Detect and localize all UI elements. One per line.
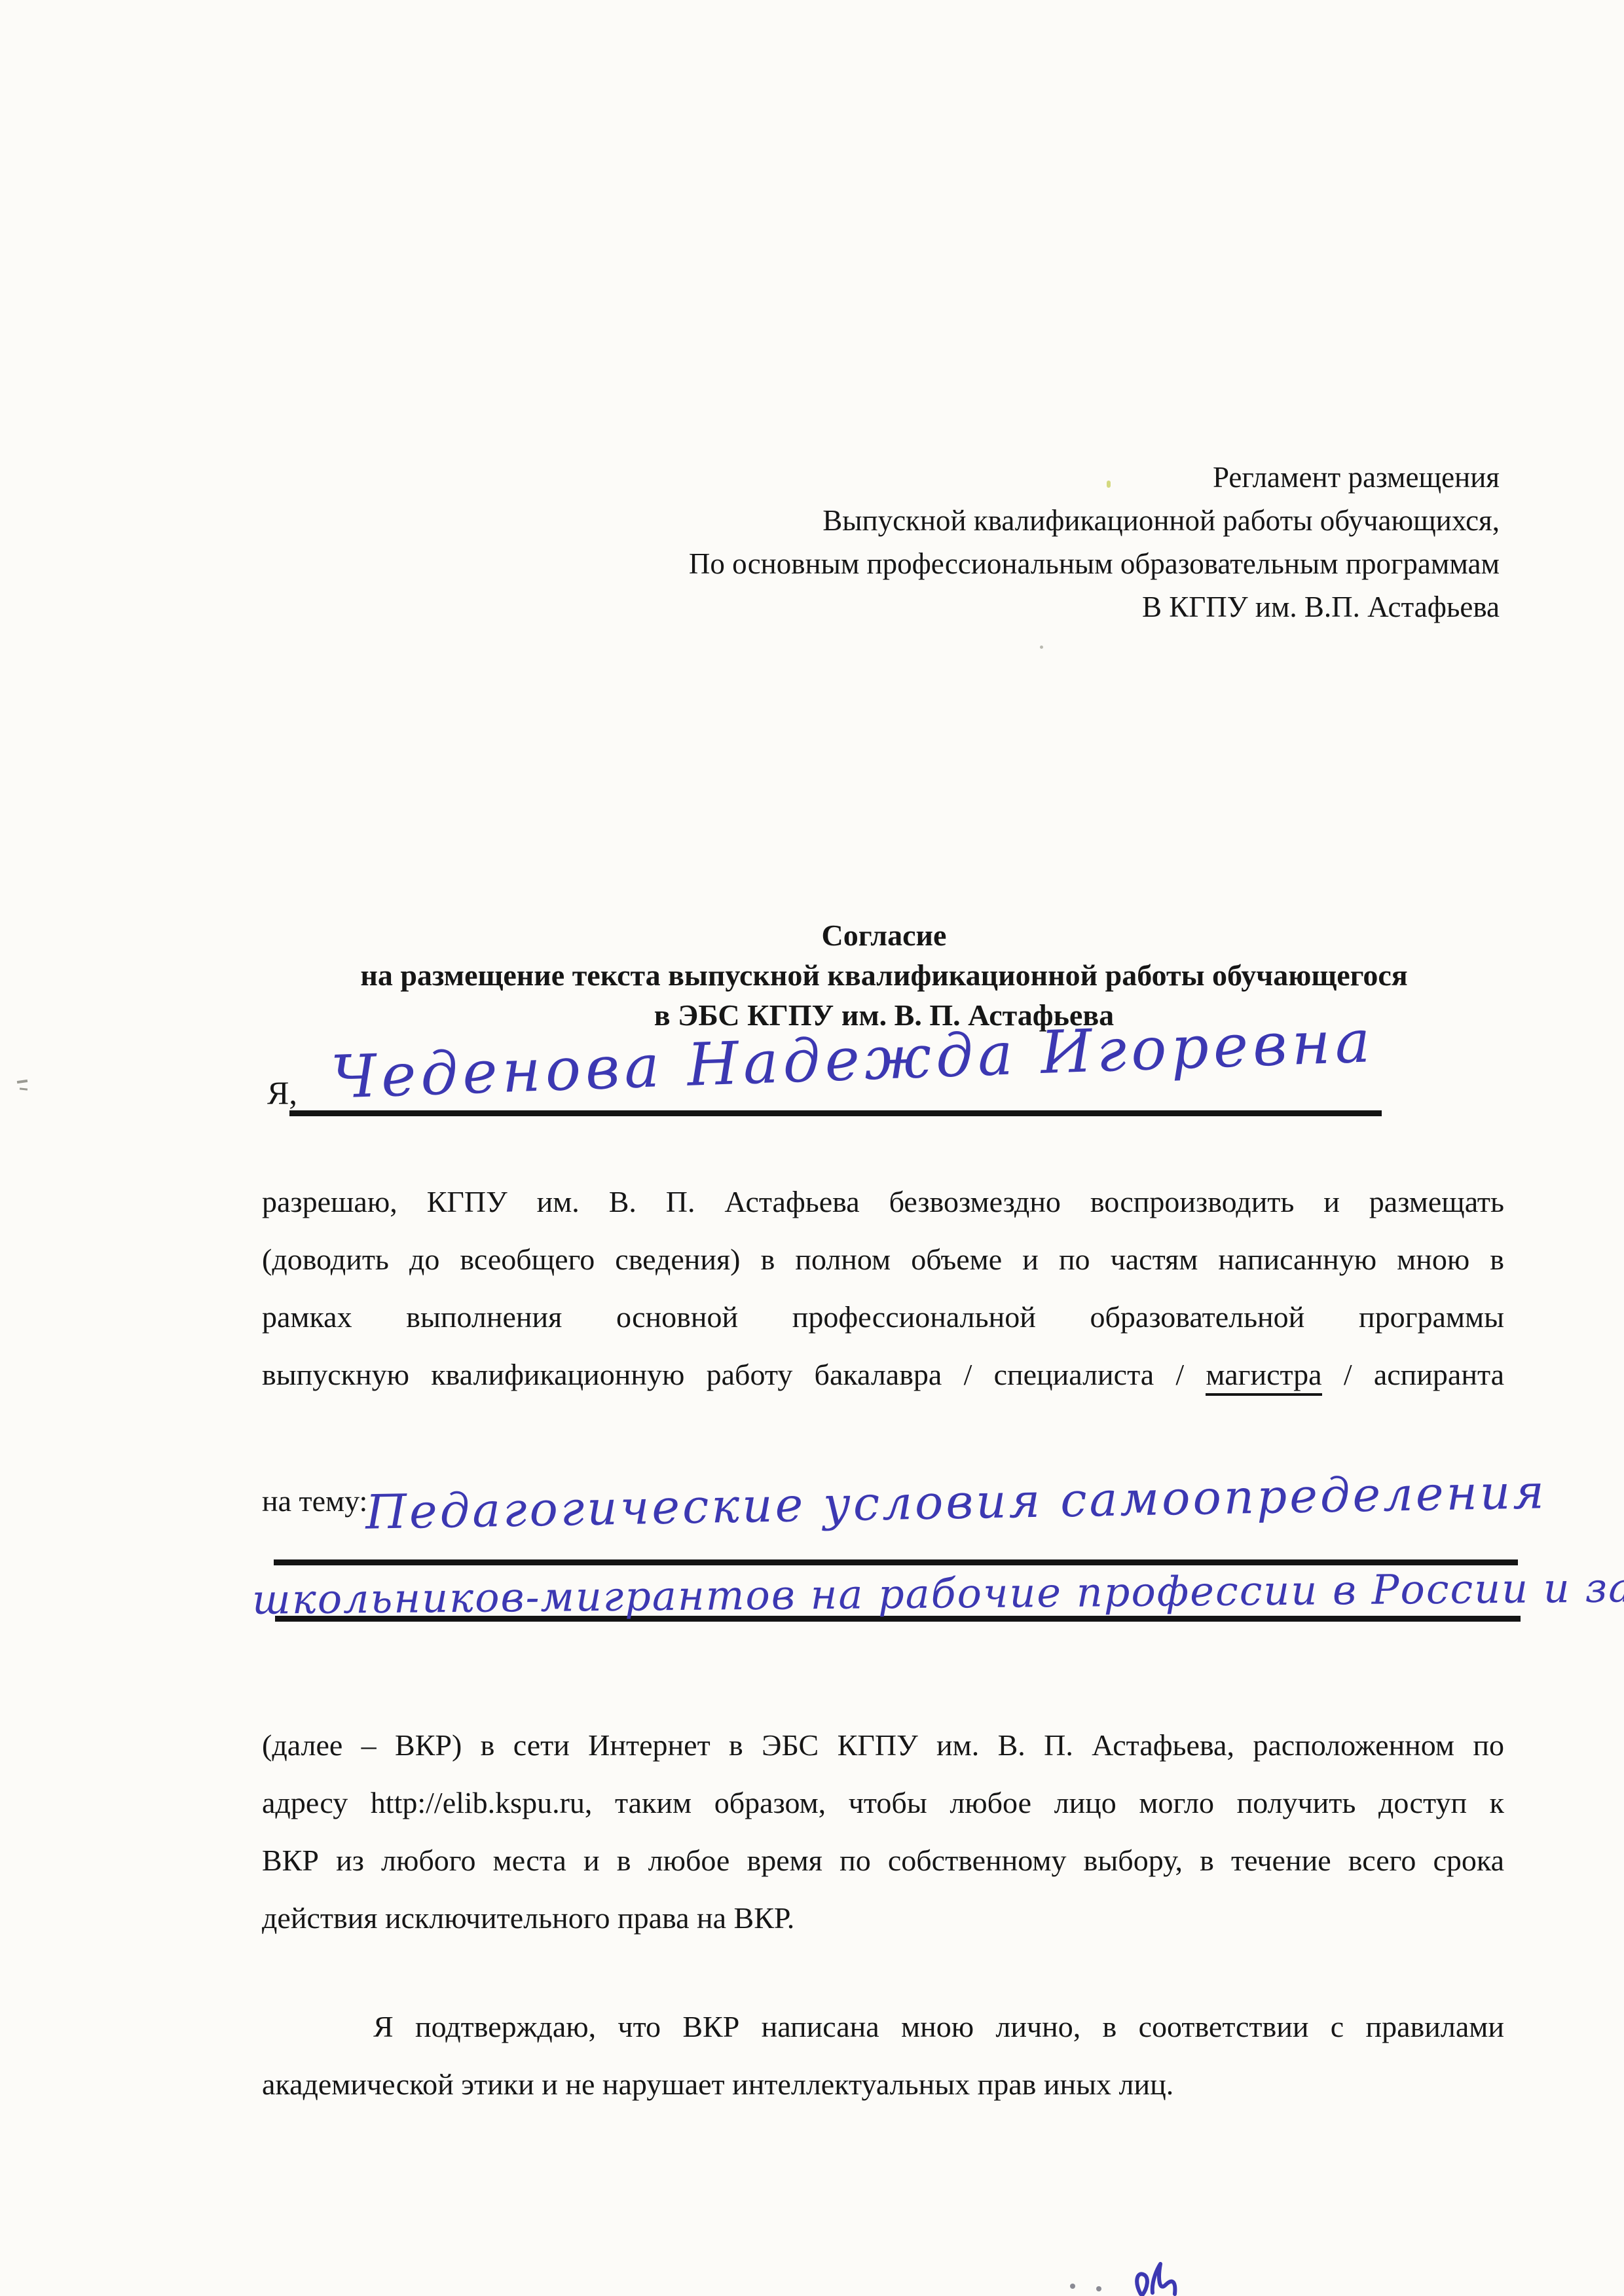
handwritten-topic-line-2: школьников-мигрантов на рабочие професси…	[252, 1561, 1624, 1623]
paragraph-line: рамках выполнения основной профессиональ…	[262, 1288, 1504, 1346]
scan-speck	[1040, 646, 1043, 649]
scan-speck	[1107, 481, 1111, 488]
paragraph-line: действия исключительного права на ВКР.	[262, 1889, 1504, 1947]
paragraph-line: адресу http://elib.kspu.ru, таким образо…	[262, 1774, 1504, 1832]
ink-fragment	[1061, 2257, 1231, 2296]
scan-speck	[20, 1087, 28, 1090]
title-line: Согласие	[262, 915, 1506, 955]
scan-speck	[17, 1080, 28, 1084]
regulation-header: Регламент размещения Выпускной квалифика…	[255, 456, 1500, 629]
paragraph-line-degree-options: выпускную квалификационную работу бакала…	[262, 1346, 1504, 1404]
topic-label: на тему:	[262, 1484, 367, 1518]
confirmation-paragraph: Я подтверждаю, что ВКР написана мною лич…	[262, 1998, 1504, 2113]
handwritten-topic-line-1: Педагогические условия самоопределения	[365, 1464, 1547, 1539]
paragraph-line: академической этики и не нарушает интелл…	[262, 2056, 1504, 2113]
scanned-consent-document: Регламент размещения Выпускной квалифика…	[0, 0, 1624, 2296]
underlined-option-magistr: магистра	[1206, 1358, 1321, 1396]
paragraph-line: разрешаю, КГПУ им. В. П. Астафьева безво…	[262, 1173, 1504, 1231]
paragraph-line: ВКР из любого места и в любое время по с…	[262, 1832, 1504, 1889]
ink-fragment-strokes	[1061, 2257, 1231, 2296]
title-line: на размещение текста выпускной квалифика…	[262, 955, 1506, 995]
name-signature-line	[289, 1110, 1382, 1116]
degree-options-before: выпускную квалификационную работу бакала…	[262, 1358, 1184, 1391]
permission-paragraph: разрешаю, КГПУ им. В. П. Астафьева безво…	[262, 1173, 1504, 1404]
paragraph-line: (далее – ВКР) в сети Интернет в ЭБС КГПУ…	[262, 1717, 1504, 1774]
header-line: Регламент размещения	[255, 456, 1500, 499]
access-paragraph: (далее – ВКР) в сети Интернет в ЭБС КГПУ…	[262, 1717, 1504, 1947]
degree-options-after: / аспиранта	[1344, 1358, 1504, 1391]
declarant-prefix: Я,	[267, 1074, 297, 1112]
topic-line-1	[274, 1559, 1518, 1565]
paragraph-line: (доводить до всеобщего сведения) в полно…	[262, 1231, 1504, 1288]
header-line: В КГПУ им. В.П. Астафьева	[255, 585, 1500, 629]
paragraph-line: Я подтверждаю, что ВКР написана мною лич…	[262, 1998, 1504, 2056]
header-line: По основным профессиональным образовател…	[255, 542, 1500, 585]
header-line: Выпускной квалификационной работы обучаю…	[255, 499, 1500, 542]
